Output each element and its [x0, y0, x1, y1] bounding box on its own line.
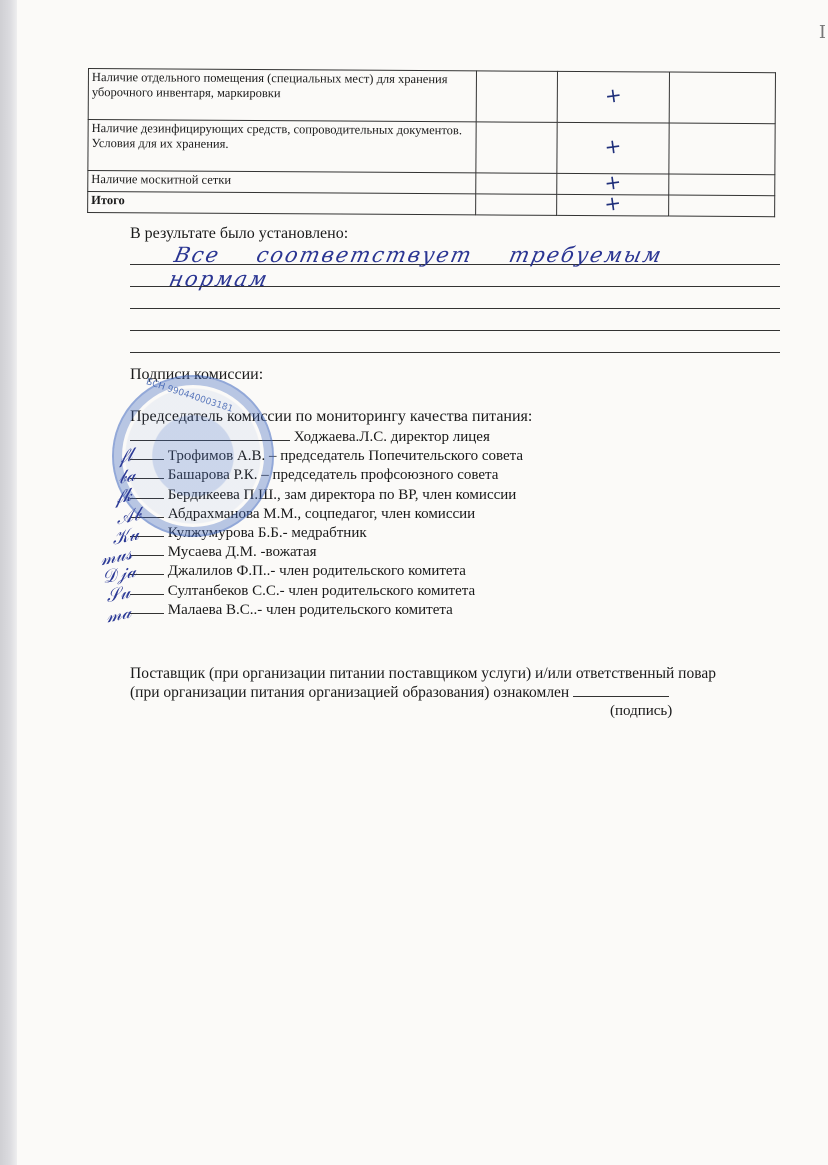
corner-pen-mark: І [819, 22, 826, 43]
result-lines: Все соответствует требуемым нормам [130, 243, 780, 353]
row-label: Наличие отдельного помещения (специальны… [88, 69, 477, 122]
cell-col1 [476, 194, 556, 215]
signatures-heading: Подписи комиссии: [130, 366, 263, 384]
cell-col1 [476, 173, 556, 194]
handwritten-plus-mark: + [603, 195, 621, 211]
member-name: Мусаева Д.М. -вожатая [168, 544, 317, 560]
member-name: Малаева В.С..- член родительского комите… [168, 602, 453, 618]
result-line [130, 309, 780, 331]
table-row: Наличие отдельного помещения (специальны… [88, 69, 775, 124]
commission-member: Трофимов А.В. – председатель Попечительс… [130, 447, 523, 466]
supplier-acknowledgement: Поставщик (при организации питании поста… [130, 664, 790, 702]
supplier-line-2-text: (при организации питания организацией об… [130, 684, 569, 701]
row-label: Итого [88, 192, 477, 215]
handwritten-plus-mark: + [604, 87, 622, 103]
cell-col3 [669, 123, 775, 175]
member-name: Кулжумурова Б.Б.- медрабтник [168, 525, 367, 541]
result-line: Все соответствует требуемым нормам [130, 243, 780, 265]
signature-line [130, 486, 164, 499]
signature-caption: (подпись) [610, 703, 672, 720]
commission-member: Малаева В.С..- член родительского комите… [130, 601, 523, 620]
result-line [130, 265, 780, 287]
signature-mark-icon: 𝒮𝓊 [104, 582, 132, 608]
signature-line [130, 601, 164, 614]
result-line [130, 287, 780, 309]
signature-line [130, 428, 290, 441]
signature-line [130, 466, 164, 479]
checklist-table: Наличие отдельного помещения (специальны… [87, 68, 776, 217]
table-row: Наличие дезинфицирующих средств, сопрово… [88, 120, 775, 175]
row-label: Наличие дезинфицирующих средств, сопрово… [88, 120, 477, 173]
cell-col2: + [557, 71, 669, 123]
commission-member: Башарова Р.К. – председатель профсоюзног… [130, 466, 523, 485]
result-heading: В результате было установлено: [130, 225, 348, 243]
signature-line [130, 582, 164, 595]
signature-line [130, 562, 164, 575]
cell-col3 [668, 195, 774, 217]
commission-member: Абдрахманова М.М., соцпедагог, член коми… [130, 505, 523, 524]
signature-mark-icon: 𝓂𝓊𝓈 [98, 543, 134, 570]
signature-line [130, 524, 164, 537]
cell-col3 [669, 72, 775, 124]
cell-col1 [476, 122, 557, 173]
cell-col1 [477, 71, 558, 122]
row-label: Наличие москитной сетки [88, 171, 477, 194]
supplier-line-1: Поставщик (при организации питании поста… [130, 664, 790, 683]
result-line [130, 331, 780, 353]
signature-line [130, 543, 164, 556]
member-name: Султанбеков С.С.- член родительского ком… [168, 583, 475, 599]
commission-member: Джалилов Ф.П..- член родительского комит… [130, 562, 523, 581]
commission-member: Кулжумурова Б.Б.- медрабтник [130, 524, 523, 543]
signature-line [130, 447, 164, 460]
chair-heading: Председатель комиссии по мониторингу кач… [130, 408, 532, 426]
supplier-signature-field [573, 683, 669, 697]
page-edge-shadow [0, 0, 17, 1165]
cell-col2: + [557, 122, 669, 174]
commission-member: Мусаева Д.М. -вожатая [130, 543, 523, 562]
supplier-line-2: (при организации питания организацией об… [130, 683, 790, 702]
member-name: Бердикеева П.Ш., зам директора по ВР, чл… [168, 487, 517, 503]
signature-line [130, 505, 164, 518]
table-row: Итого+ [88, 192, 775, 217]
member-name: Ходжаева.Л.С. директор лицея [294, 429, 490, 445]
member-name: Джалилов Ф.П..- член родительского комит… [168, 563, 466, 579]
member-name: Трофимов А.В. – председатель Попечительс… [168, 448, 523, 464]
handwritten-plus-mark: + [603, 174, 621, 190]
commission-members-list: Ходжаева.Л.С. директор лицея Трофимов А.… [130, 428, 523, 620]
member-name: Абдрахманова М.М., соцпедагог, член коми… [168, 506, 475, 522]
commission-member: Султанбеков С.С.- член родительского ком… [130, 582, 523, 601]
member-name: Башарова Р.К. – председатель профсоюзног… [168, 467, 499, 483]
cell-col3 [669, 174, 775, 196]
signature-mark-icon: 𝓂𝒶 [104, 602, 133, 628]
commission-member: Ходжаева.Л.С. директор лицея [130, 428, 523, 447]
handwritten-plus-mark: + [604, 138, 622, 154]
cell-col2: + [556, 194, 668, 216]
commission-member: Бердикеева П.Ш., зам директора по ВР, чл… [130, 486, 523, 505]
